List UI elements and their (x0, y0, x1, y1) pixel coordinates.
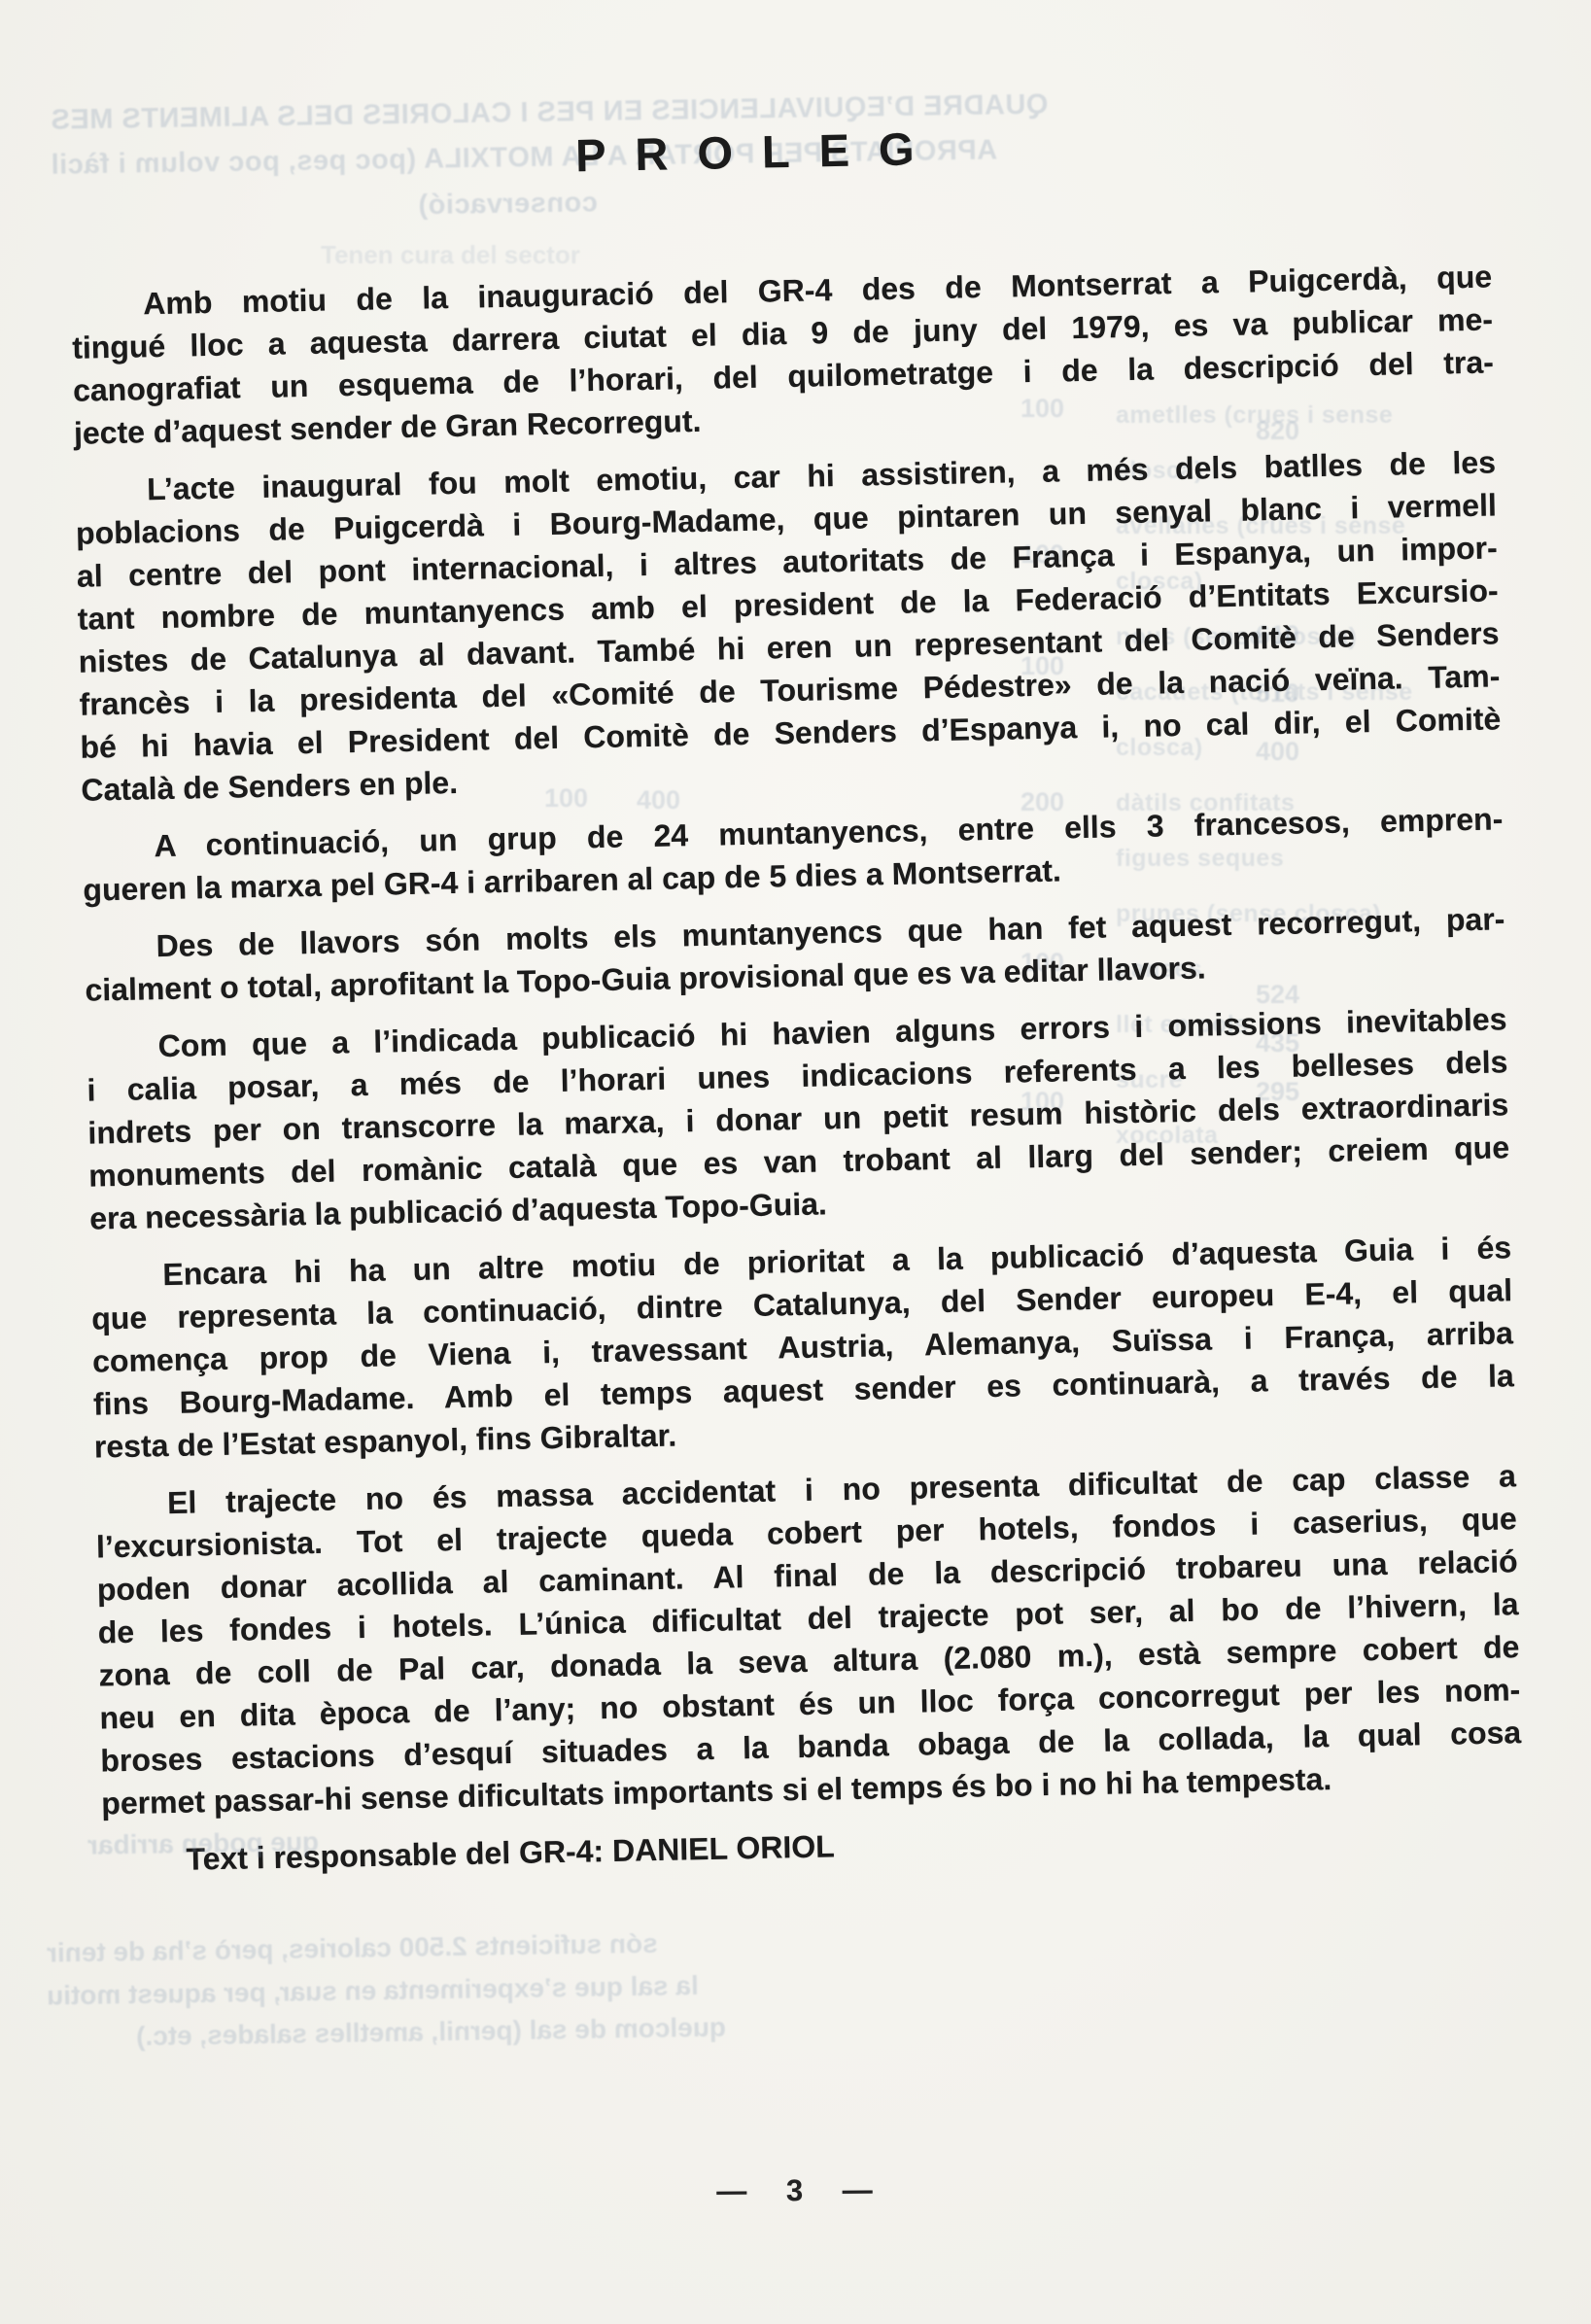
paragraph-6: Encara hi ha un altre motiu de prioritat… (90, 1226, 1515, 1468)
paragraph-1: Amb motiu de la inauguració del GR-4 des… (71, 255, 1495, 454)
paragraph-2: L’acte inaugural fou molt emotiu, car hi… (75, 440, 1503, 811)
bleedthrough-footer-line: són suficients 2.500 calories, però s’ha… (47, 1912, 1466, 1973)
paragraph-7: El trajecte no és massa accidentat i no … (95, 1454, 1523, 1824)
bleedthrough-footer-line: quelcom de sal (pernil, ametlles salades… (136, 1999, 1283, 2057)
page-number: — 3 — (0, 2168, 1591, 2213)
page-title: PROLEG (68, 112, 1490, 191)
paragraph-5: Com que a l’indicada publicació hi havie… (86, 997, 1510, 1239)
bleedthrough-footer-line: la sal que s’experimenta en suar, per aq… (47, 1955, 1466, 2016)
document-body: PROLEG Amb motiu de la inauguració del G… (68, 112, 1524, 1882)
paragraph-4: Des de llavors són molts els muntanyencs… (84, 897, 1505, 1011)
paragraph-3: A continuació, un grup de 24 muntanyencs… (82, 797, 1504, 911)
author-byline: Text i responsable del GR-4: DANIEL ORIO… (102, 1811, 1524, 1882)
scanned-document-page: QUADRE D’EQUIVALENCIES EN PES I CALORIES… (0, 0, 1591, 2324)
